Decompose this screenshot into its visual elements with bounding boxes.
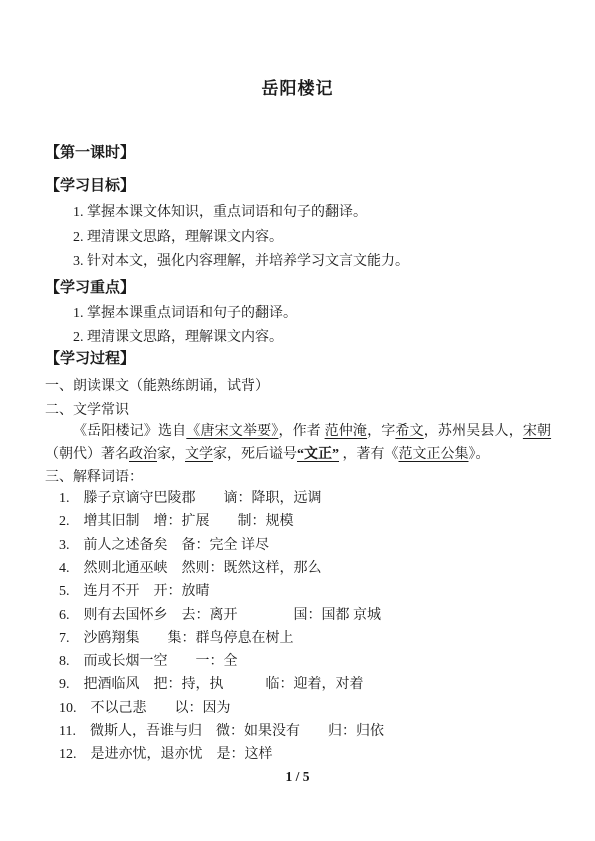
process-item-explain-words: 三、解释词语：: [45, 468, 550, 488]
objective-item: 3. 针对本文，强化内容理解，并培养学习文言文能力。: [73, 252, 550, 272]
word-item: 2. 增其旧制 增：扩展 制：规模: [59, 512, 550, 532]
paragraph-segment: ，字: [367, 424, 395, 439]
paragraph-segment: ，苏州吴县人，: [424, 424, 523, 439]
book-source-underlined: 《唐宋文举要》: [186, 424, 278, 439]
objective-item: 2. 理清课文思路，理解课文内容。: [73, 228, 550, 248]
key-point-item: 1. 掌握本课重点词语和句子的翻译。: [73, 304, 550, 324]
courtesy-name-underlined: 希文: [395, 424, 423, 439]
literature-paragraph: 《岳阳楼记》选自《唐宋文举要》，作者 范仲淹，字希文，苏州吴县人，宋朝（朝代）著…: [45, 420, 551, 467]
word-item: 12. 是进亦忧，退亦忧 是：这样: [59, 745, 550, 765]
word-item: 4. 然则北通巫峡 然则：既然这样，那么: [59, 559, 550, 579]
page-number: 1 / 5: [0, 769, 595, 785]
heading-key-points: 【学习重点】: [45, 278, 550, 298]
paragraph-segment: ，作者: [278, 424, 324, 439]
word-item: 1. 滕子京谪守巴陵郡 谪：降职，远调: [59, 489, 550, 509]
word-item: 8. 而或长烟一空 一：全: [59, 652, 550, 672]
word-item: 5. 连月不开 开：放晴: [59, 582, 550, 602]
writer-underlined: 文学: [185, 447, 213, 462]
document-page: 岳阳楼记 【第一课时】 【学习目标】 1. 掌握本课文体知识，重点词语和句子的翻…: [0, 0, 595, 841]
paragraph-segment: 《岳阳楼记》选自: [73, 424, 186, 439]
word-item: 10. 不以己悲 以：因为: [59, 699, 550, 719]
paragraph-segment: 家，死后谥号: [213, 447, 297, 462]
word-item: 6. 则有去国怀乡 去：离开 国：国都 京城: [59, 606, 550, 626]
process-item-reading: 一、朗读课文（能熟练朗诵，试背）: [45, 377, 550, 397]
author-name-underlined: 范仲淹: [325, 424, 368, 439]
process-item-literature: 二、文学常识: [45, 401, 550, 421]
politician-underlined: 政治: [129, 447, 157, 462]
word-item: 3. 前人之述备矣 备：完全 详尽: [59, 536, 550, 556]
objective-item: 1. 掌握本课文体知识，重点词语和句子的翻译。: [73, 203, 550, 223]
word-item: 9. 把酒临风 把：持，执 临：迎着，对着: [59, 675, 550, 695]
dynasty-underlined: 宋朝: [523, 424, 551, 439]
key-point-item: 2. 理清课文思路，理解课文内容。: [73, 328, 550, 348]
word-item: 7. 沙鸥翔集 集：群鸟停息在树上: [59, 629, 550, 649]
paragraph-segment: 》。: [469, 447, 490, 462]
document-title: 岳阳楼记: [0, 74, 595, 99]
heading-objectives: 【学习目标】: [45, 176, 550, 196]
paragraph-segment: 家，: [157, 447, 185, 462]
word-item: 11. 微斯人，吾谁与归 微：如果没有 归：归依: [59, 722, 550, 742]
paragraph-segment: ，著有《: [339, 447, 399, 462]
collection-name-underlined: 范文正公集: [399, 447, 469, 462]
paragraph-segment: （朝代）著名: [45, 447, 129, 462]
heading-session: 【第一课时】: [45, 143, 550, 163]
posthumous-title-underlined: “文正”: [297, 447, 339, 462]
heading-process: 【学习过程】: [45, 349, 550, 369]
